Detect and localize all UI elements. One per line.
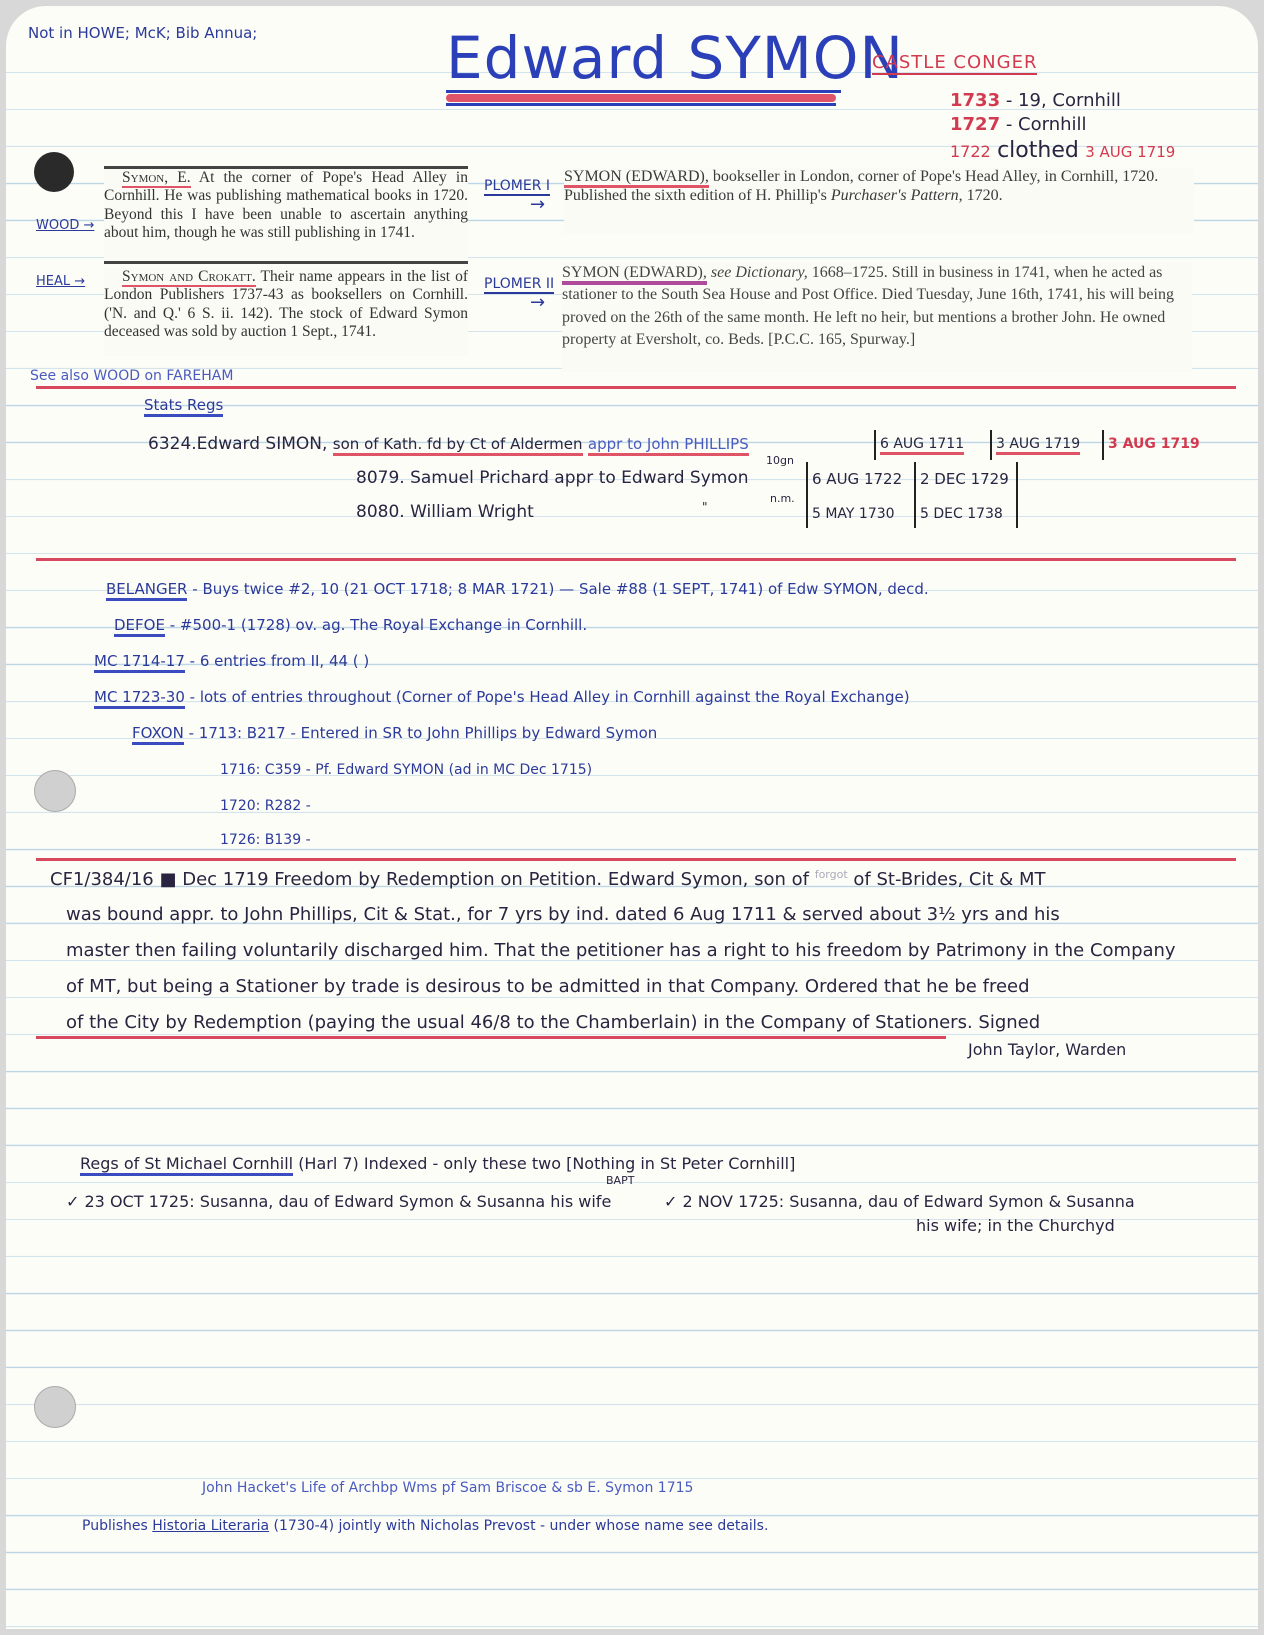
cf1-line: master then failing voluntarily discharg… <box>66 940 1176 961</box>
date-clothed: 3 AUG 1719 <box>1108 436 1200 452</box>
binder-hole <box>34 1386 76 1428</box>
plomer1-clipping: SYMON (EDWARD), bookseller in London, co… <box>564 168 1194 234</box>
historia-note: Publishes Historia Literaria (1730-4) jo… <box>82 1518 768 1534</box>
table-divider <box>914 462 916 528</box>
heal-label: HEAL → <box>36 274 85 289</box>
cf1-line: of the City by Redemption (paying the us… <box>66 1012 1040 1033</box>
shop-sign: CASTLE CONGER <box>872 52 1037 75</box>
wood-label: WOOD → <box>36 218 94 233</box>
source-entry: DEFOE - #500-1 (1728) ov. ag. The Royal … <box>114 616 587 634</box>
wood-clipping: Symon, E. At the corner of Pope's Head A… <box>104 166 468 264</box>
table-divider <box>806 462 808 528</box>
date-freed: 2 DEC 1729 <box>920 470 1009 488</box>
stats-main-entry: 6324.Edward SIMON, son of Kath. fd by Ct… <box>148 434 749 454</box>
stats-regs-heading: Stats Regs <box>144 396 223 417</box>
cf1-line: was bound appr. to John Phillips, Cit & … <box>66 904 1060 925</box>
source-entry: MC 1714-17 - 6 entries from II, 44 ( ) <box>94 652 369 670</box>
foxon-entry: 1716: C359 - Pf. Edward SYMON (ad in MC … <box>220 762 592 778</box>
see-also-note: See also WOOD on FAREHAM <box>30 368 233 384</box>
parish-entry: ✓ 2 NOV 1725: Susanna, dau of Edward Sym… <box>664 1192 1135 1211</box>
fee-note: 10gn <box>766 454 794 467</box>
title-underline-red <box>446 94 836 102</box>
parish-heading: Regs of St Michael Cornhill (Harl 7) Ind… <box>80 1154 795 1173</box>
apprentice-name: 8080. William Wright <box>356 502 534 522</box>
signatory: John Taylor, Warden <box>968 1040 1126 1059</box>
ditto-mark: " <box>702 500 708 514</box>
source-entry: MC 1723-30 - lots of entries throughout … <box>94 688 910 706</box>
date-freed: 5 DEC 1738 <box>920 506 1003 522</box>
section-divider <box>36 558 1236 561</box>
title-underline <box>446 103 836 106</box>
foxon-entry: 1726: B139 - <box>220 832 311 848</box>
date-bound: 5 MAY 1730 <box>812 506 895 522</box>
address-entry: 1727 - Cornhill <box>950 114 1087 135</box>
page-title: Edward SYMON <box>446 24 904 92</box>
section-divider <box>36 1036 946 1039</box>
arrow-icon: → <box>530 194 545 215</box>
heal-clipping: Symon and Crokatt. Their name appears in… <box>104 268 468 356</box>
parish-entry: ✓ 23 OCT 1725: Susanna, dau of Edward Sy… <box>66 1192 611 1211</box>
parish-entry-cont: his wife; in the Churchyd <box>916 1216 1115 1235</box>
not-in-note: Not in HOWE; McK; Bib Annua; <box>28 24 257 42</box>
table-divider <box>1102 430 1104 460</box>
apprentice-name: 8079. Samuel Prichard appr to Edward Sym… <box>356 468 748 488</box>
arrow-icon: → <box>530 292 545 313</box>
date-bound: 6 AUG 1711 <box>880 436 964 455</box>
section-divider <box>36 858 1236 861</box>
hacket-note: John Hacket's Life of Archbp Wms pf Sam … <box>202 1480 693 1496</box>
table-divider <box>874 430 876 460</box>
cf1-line: of MT, but being a Stationer by trade is… <box>66 976 1030 997</box>
plomer2-clipping: SYMON (EDWARD), see Dictionary, 1668–172… <box>562 262 1192 372</box>
notebook-page: Not in HOWE; McK; Bib Annua; Edward SYMO… <box>6 6 1258 1629</box>
binder-hole <box>34 770 76 812</box>
address-entry: 1733 - 19, Cornhill <box>950 90 1121 111</box>
date-freed: 3 AUG 1719 <box>996 436 1080 455</box>
bapt-label: BAPT <box>606 1174 634 1187</box>
source-entry: FOXON - 1713: B217 - Entered in SR to Jo… <box>132 724 657 742</box>
table-divider <box>1016 462 1018 528</box>
cf1-line: CF1/384/16 ■ Dec 1719 Freedom by Redempt… <box>50 868 1046 890</box>
address-entry: 1722 clothed 3 AUG 1719 <box>950 138 1175 163</box>
foxon-entry: 1720: R282 - <box>220 798 311 814</box>
table-divider <box>990 430 992 460</box>
title-underline <box>446 90 841 93</box>
binder-hole <box>34 152 74 192</box>
fee-note: n.m. <box>770 492 795 505</box>
section-divider <box>36 386 1236 389</box>
date-bound: 6 AUG 1722 <box>812 470 902 488</box>
source-entry: BELANGER - Buys twice #2, 10 (21 OCT 171… <box>106 580 929 598</box>
